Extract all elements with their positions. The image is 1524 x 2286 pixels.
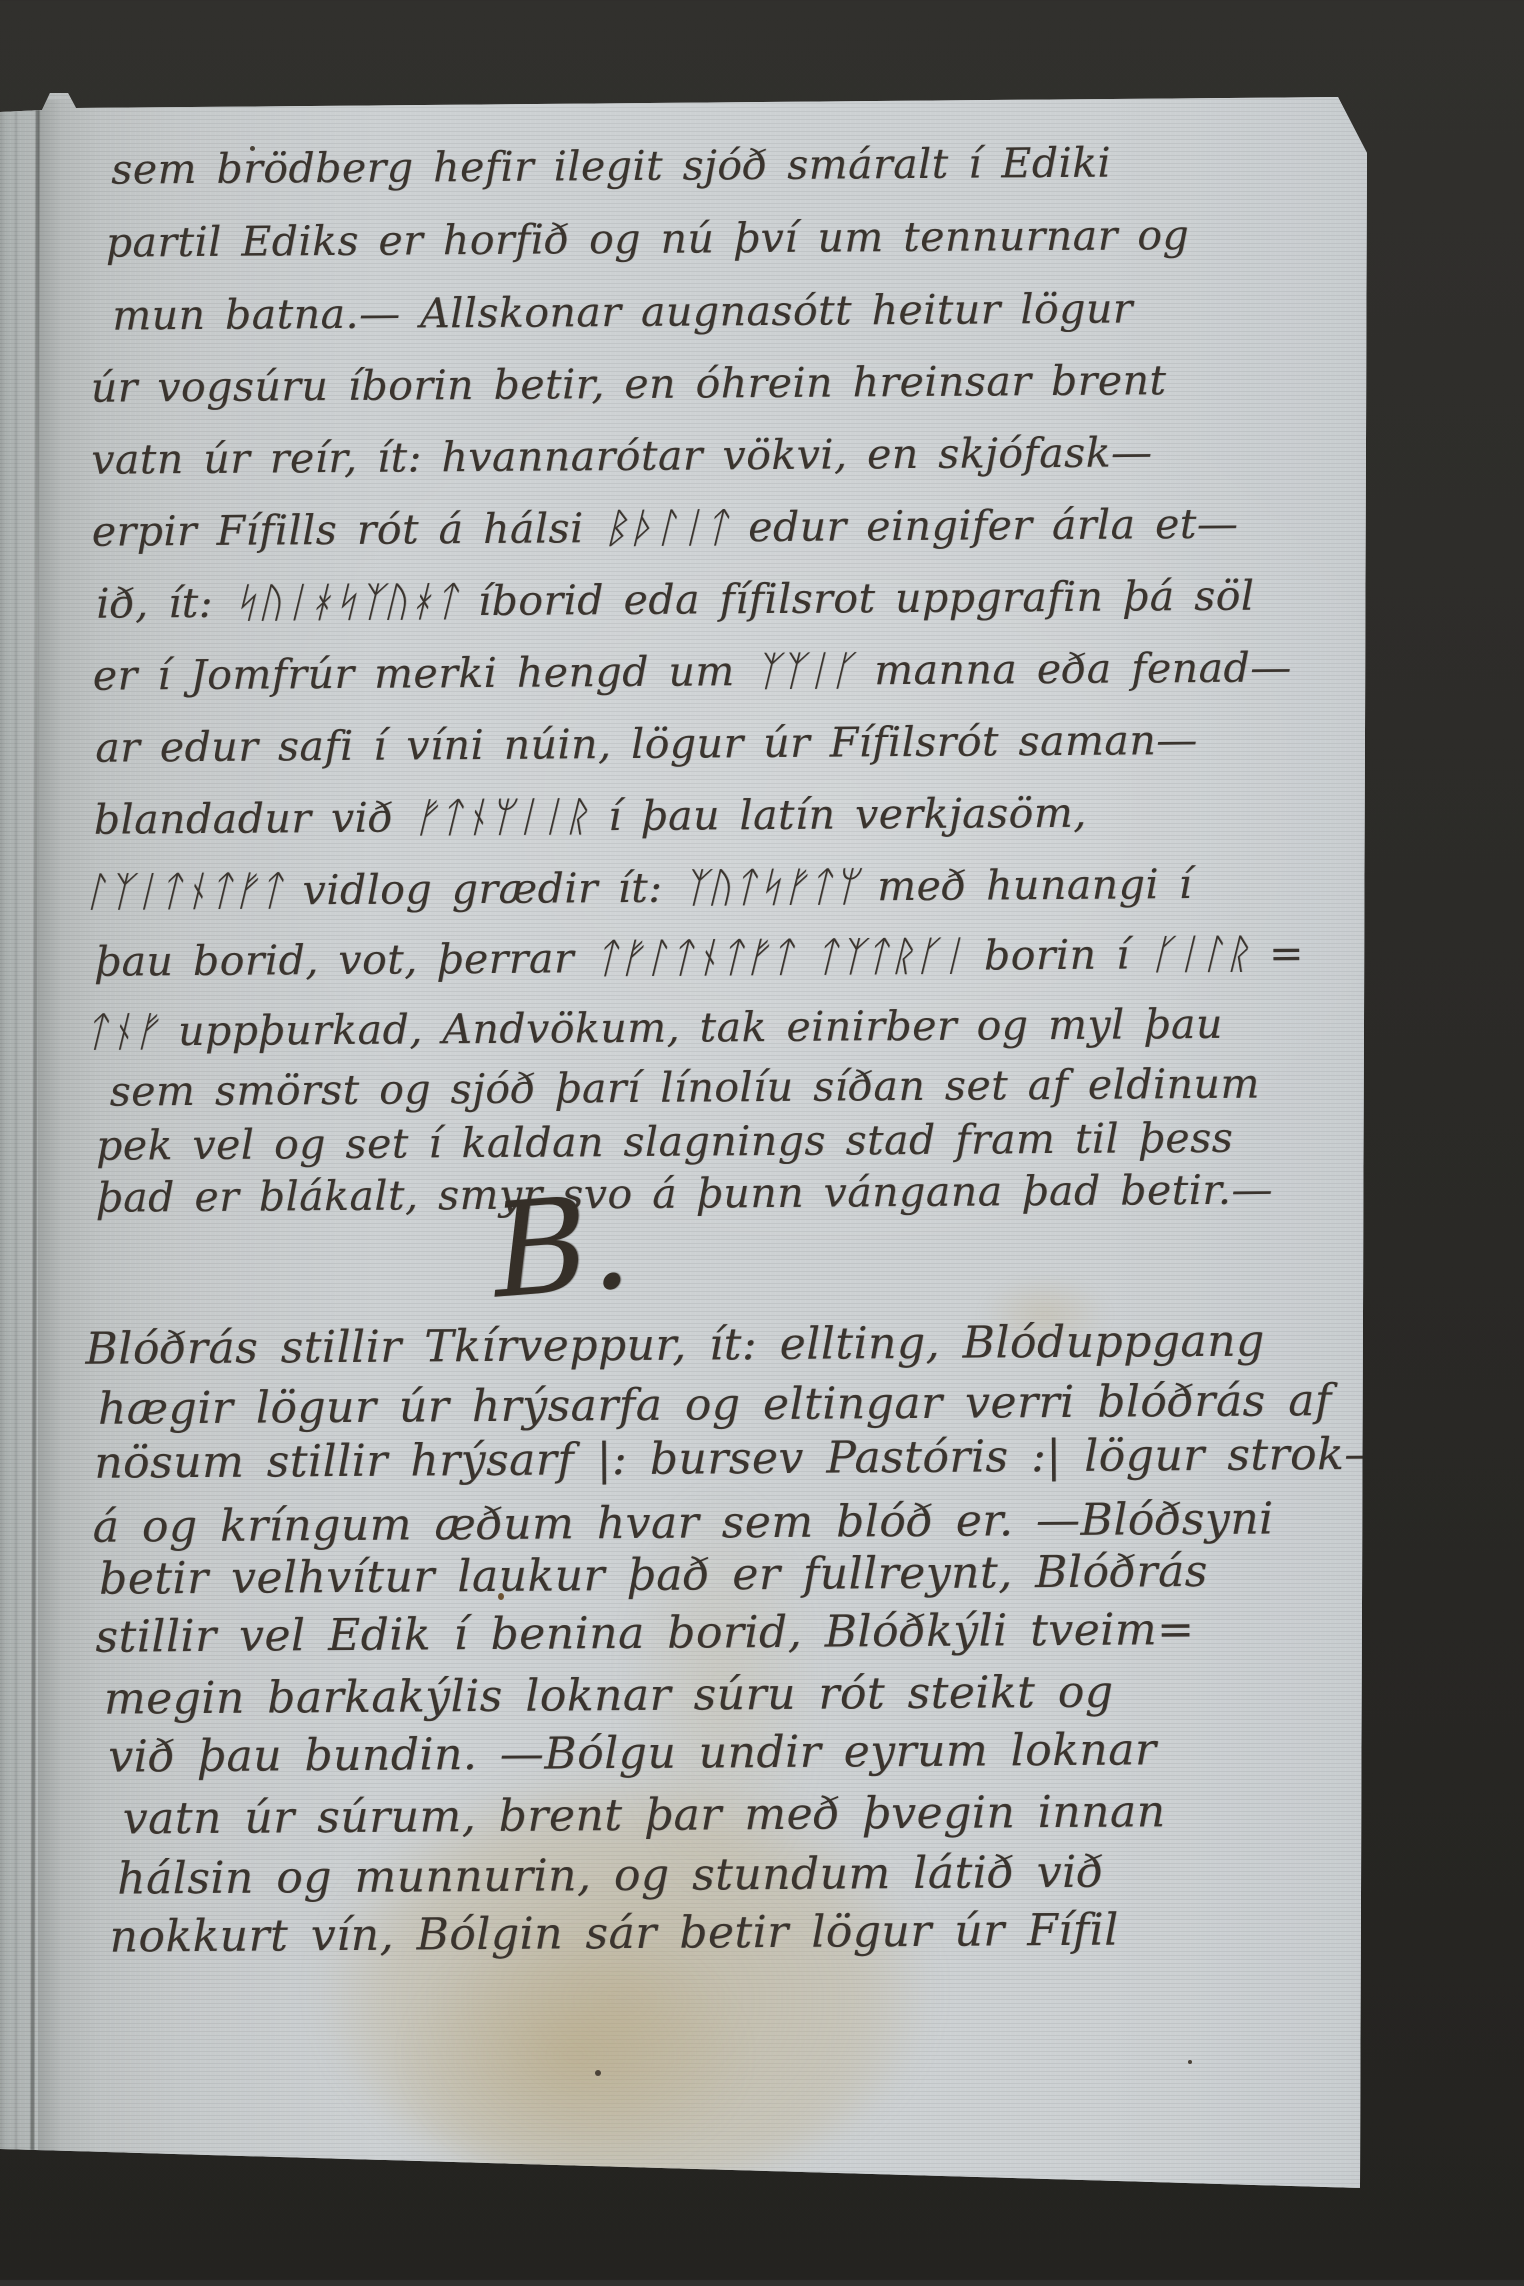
manuscript-line: erpir Fífills rót á hálsi ᛒᚦᛚᛁᛏ edur ein… xyxy=(92,500,1239,556)
scan-background: sem brödberg hefir ilegit sjóð smáralt í… xyxy=(0,0,1524,2280)
manuscript-line: megin barkakýlis loknar súru rót steikt … xyxy=(104,1667,1114,1725)
manuscript-line: nokkurt vín, Bólgin sár betir lögur úr F… xyxy=(109,1905,1119,1963)
manuscript-line: vatn úr reír, ít: hvannarótar vökvi, en … xyxy=(91,428,1153,483)
manuscript-line: blandadur við ᚠᛏᚾᛘᛁᛁᚱ í þau latín verkja… xyxy=(94,789,1087,844)
manuscript-line: ar edur safi í víni núin, lögur úr Fífil… xyxy=(95,716,1198,772)
manuscript-line: nösum stillir hrýsarf |: bursev Pastóris… xyxy=(94,1429,1389,1489)
manuscript-page: sem brödberg hefir ilegit sjóð smáralt í… xyxy=(0,0,1524,2280)
manuscript-line: betir velhvítur laukur það er fullreynt,… xyxy=(99,1546,1208,1605)
section-initial: B. xyxy=(487,1165,635,1327)
manuscript-line: þad er blákalt, smyr svo á þunn vángana … xyxy=(96,1165,1273,1221)
manuscript-line: hálsin og munnurin, og stundum látið við xyxy=(117,1847,1104,1905)
manuscript-line: úr vogsúru íborin betir, en óhrein hrein… xyxy=(91,356,1167,412)
manuscript-line: pek vel og set í kaldan slagnings stad f… xyxy=(96,1114,1233,1170)
manuscript-line: hægir lögur úr hrýsarfa og eltingar verr… xyxy=(98,1375,1332,1435)
manuscript-line: er í Jomfrúr merki hengd um ᛉᛉᛁᚴ manna e… xyxy=(93,643,1292,699)
manuscript-line: sem smörst og sjóð þarí línolíu síðan se… xyxy=(109,1060,1259,1116)
manuscript-line: þau borid, vot, þerrar ᛏᚠᛚᛏᚾᛏᚠᛏ ᛏᛉᛏᚱᚴᛁ b… xyxy=(95,929,1305,985)
manuscript-line: mun batna.— Allskonar augnasótt heitur l… xyxy=(112,284,1133,339)
manuscript-line: sem brödberg hefir ilegit sjóð smáralt í… xyxy=(111,139,1111,194)
manuscript-line: ᛚᛉᛁᛏᚾᛏᚠᛏ vidlog grædir ít: ᛉᚢᛏᛋᚠᛏᛘ með h… xyxy=(82,860,1192,916)
manuscript-line: Blóðrás stillir Tkírveppur, ít: ellting,… xyxy=(85,1316,1265,1375)
manuscript-line: ið, ít: ᛋᚢᛁᚼᛋᛉᚢᚼᛏ íborid eda fífilsrot u… xyxy=(96,572,1255,628)
manuscript-text: sem brödberg hefir ilegit sjóð smáralt í… xyxy=(0,0,1524,2280)
manuscript-line: á og kríngum æðum hvar sem blóð er. —Bló… xyxy=(93,1494,1274,1553)
manuscript-line: vatn úr súrum, brent þar með þvegin inna… xyxy=(123,1786,1166,1844)
manuscript-line: partil Ediks er horfið og nú því um tenn… xyxy=(106,211,1190,267)
manuscript-line: stillir vel Edik í benina borid, Blóðkýl… xyxy=(95,1604,1194,1663)
manuscript-line: við þau bundin. —Bólgu undir eyrum lokna… xyxy=(108,1724,1156,1782)
manuscript-line: ᛏᚾᚠ uppþurkad, Andvökum, tak einirber og… xyxy=(83,1000,1223,1056)
